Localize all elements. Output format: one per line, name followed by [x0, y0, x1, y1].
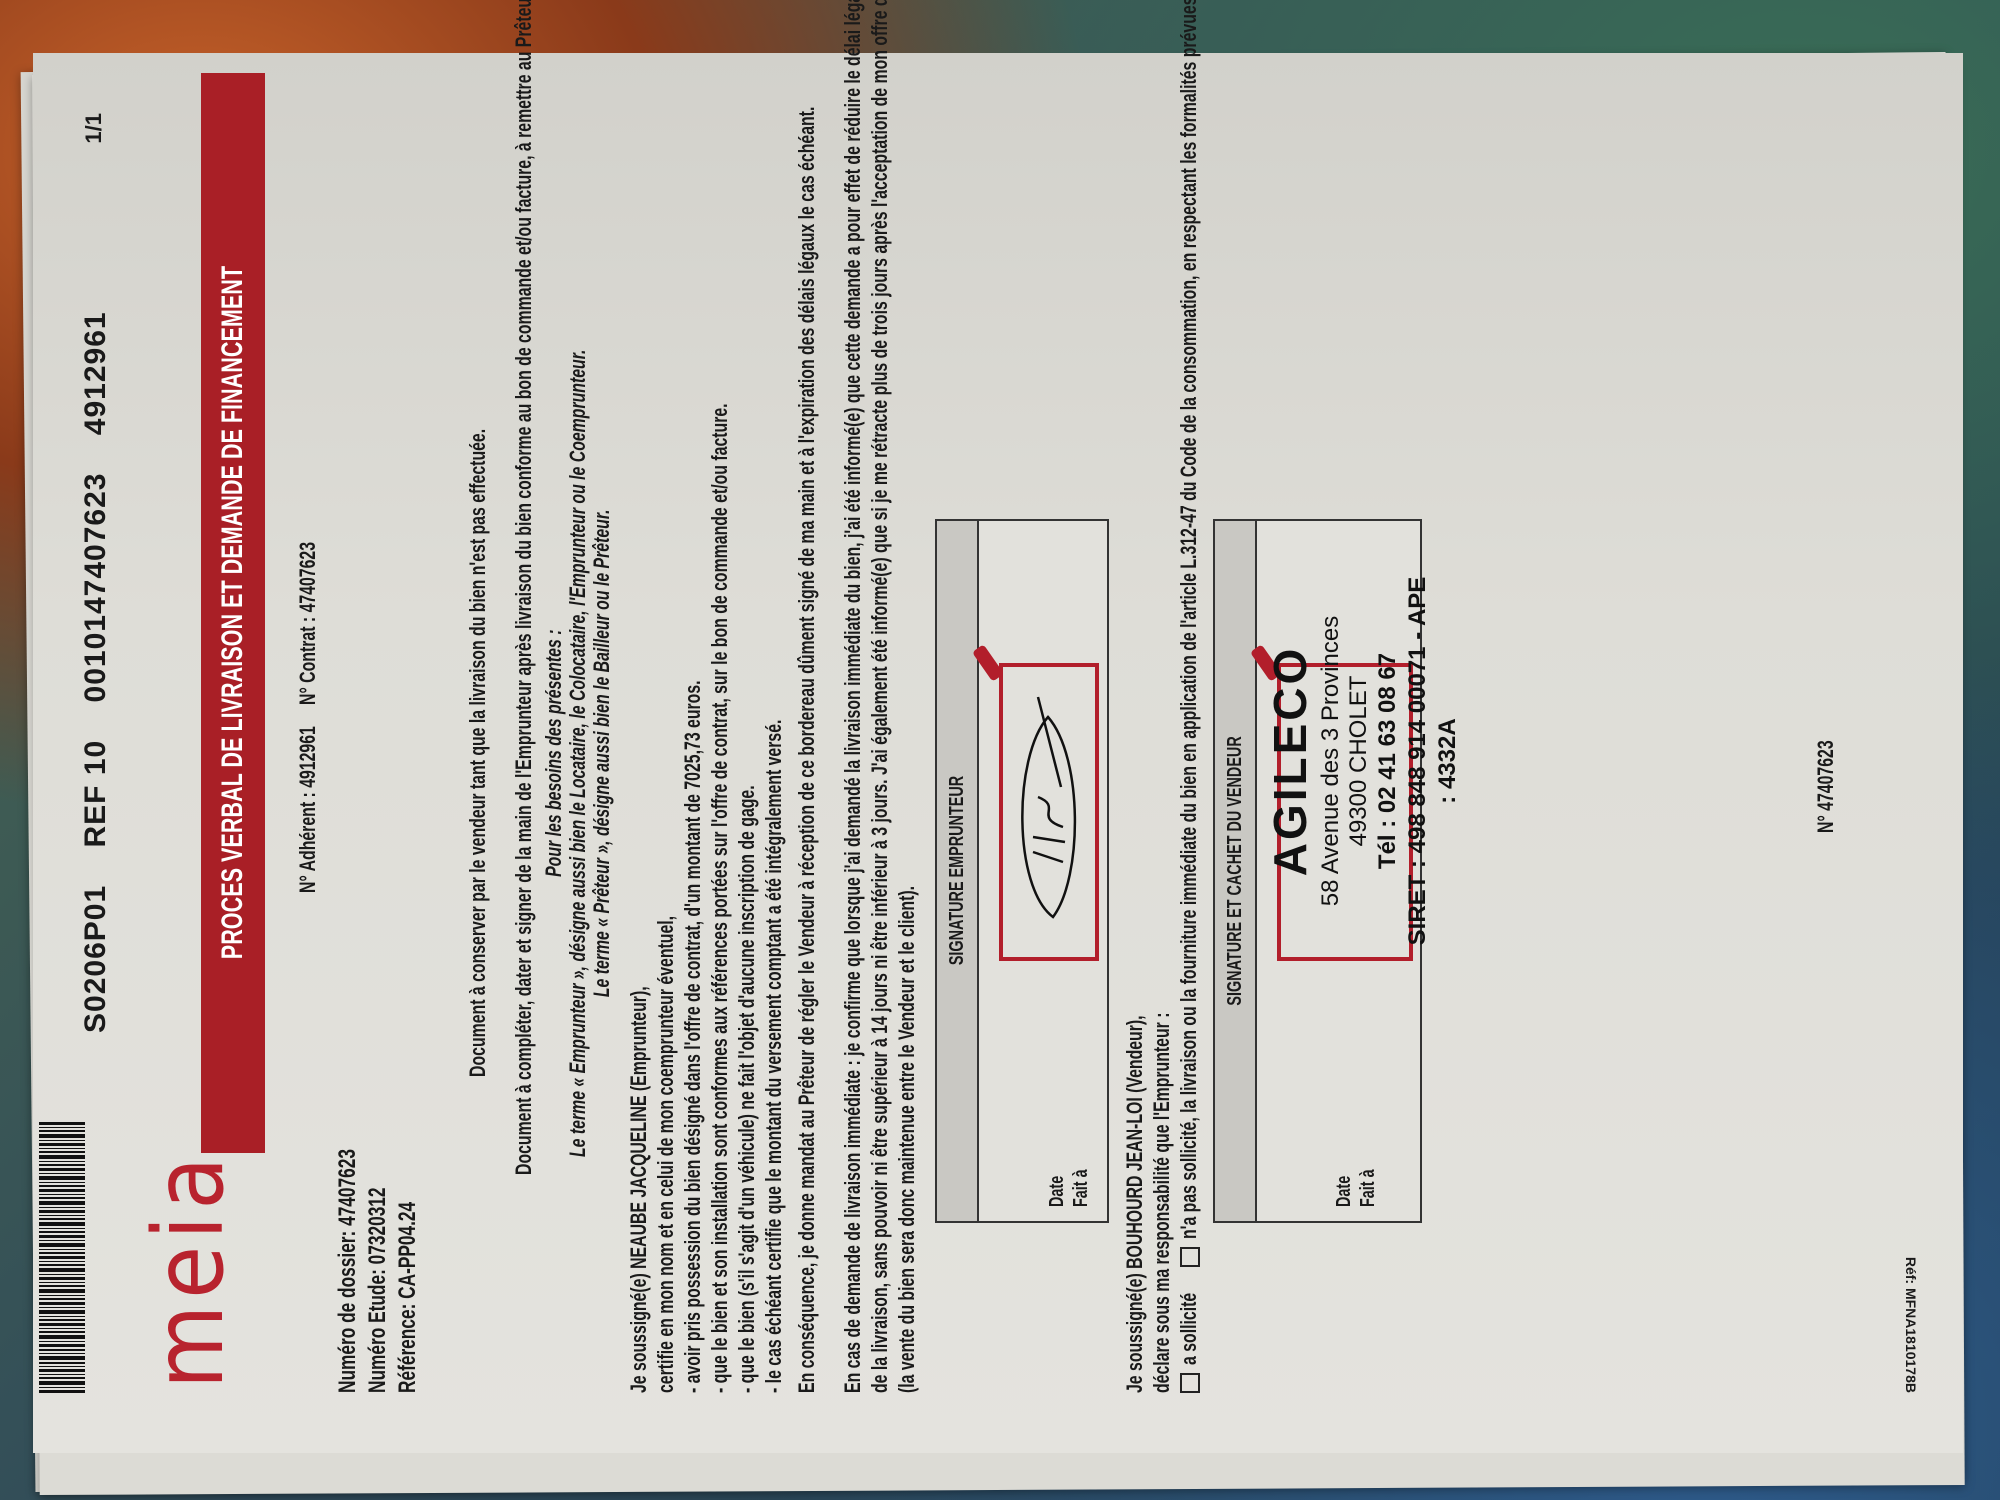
- seller-signature-title: SIGNATURE ET CACHET DU VENDEUR: [1224, 736, 1247, 1005]
- immediate-delivery-line: de la livraison, sans pouvoir ni être su…: [866, 0, 893, 1393]
- seller-signature-header: SIGNATURE ET CACHET DU VENDEUR: [1215, 521, 1257, 1221]
- seller-date-place: Date Fait à: [1332, 1155, 1380, 1207]
- form-reference: Réf: MFNA1810178B: [1903, 1257, 1919, 1393]
- definition-borrower: Le terme « Emprunteur », désigne aussi b…: [565, 349, 591, 1156]
- mandate-text: En conséquence, je donne mandat au Prête…: [793, 107, 820, 1393]
- meia-logo: meia: [133, 1151, 245, 1389]
- stamp-city: 49300 CHOLET: [1345, 571, 1373, 951]
- complete-instruction-line: Document à compléter, dater et signer de…: [511, 53, 537, 1453]
- seller-declaration: Je soussigné(e) BOUHOURD JEAN-LOI (Vende…: [1121, 0, 1202, 1393]
- company-stamp: AGILECO 58 Avenue des 3 Provinces 49300 …: [1263, 571, 1463, 951]
- borrower-date-place: Date Fait à: [1045, 1155, 1093, 1207]
- stamp-phone: Tél : 02 41 63 08 67: [1373, 571, 1403, 951]
- header-codes: S0206P01 REF 10 0010147407623 4912961: [79, 283, 113, 1033]
- declaration-line: - le cas échéant certifie que le montant…: [760, 720, 787, 1393]
- barcode-icon: [39, 1073, 89, 1393]
- immediate-delivery-paragraph: En cas de demande de livraison immédiate…: [839, 0, 920, 1393]
- header-code: REF 10: [79, 740, 112, 848]
- header-code: 0010147407623: [79, 473, 112, 703]
- definition-lender: Le terme « Prêteur », désigne aussi bien…: [589, 509, 615, 997]
- stamp-company: AGILECO: [1263, 571, 1317, 951]
- document-title: PROCES VERBAL DE LIVRAISON ET DEMANDE DE…: [216, 266, 250, 959]
- seller-declaration-line: déclare sous ma responsabilité que l'Emp…: [1148, 1012, 1175, 1393]
- document-page: S0206P01 REF 10 0010147407623 4912961 1/…: [33, 53, 1963, 1453]
- borrower-declaration: Je soussigné(e) NEAUBE JACQUELINE (Empru…: [625, 19, 787, 1393]
- seller-signature-box[interactable]: SIGNATURE ET CACHET DU VENDEUR Date Fait…: [1213, 519, 1422, 1223]
- adherent-number: N° Adhérent : 4912961: [295, 726, 321, 893]
- immediate-delivery-line: En cas de demande de livraison immédiate…: [839, 0, 866, 1393]
- borrower-signature-title: SIGNATURE EMPRUNTEUR: [946, 776, 969, 965]
- etude-number: Numéro Etude: 07320312: [363, 1187, 393, 1393]
- stamp-siret: SIRET : 498 848 914 00071 - APE : 4332A: [1403, 571, 1463, 951]
- footer-number-text: N° 47407623: [1813, 740, 1839, 833]
- stamp-address: 58 Avenue des 3 Provinces: [1317, 571, 1345, 951]
- definition-lender-line: Le terme « Prêteur », désigne aussi bien…: [589, 53, 615, 1453]
- requested-label: a sollicité: [1175, 1300, 1202, 1365]
- borrower-signature-box[interactable]: SIGNATURE EMPRUNTEUR Date Fait à: [935, 519, 1109, 1223]
- declaration-line: - que le bien (s'il s'agit d'un véhicule…: [733, 785, 760, 1393]
- immediate-delivery-line: (la vente du bien sera donc maintenue en…: [893, 886, 920, 1393]
- borrower-signature-field[interactable]: [999, 663, 1099, 961]
- document-title-banner: PROCES VERBAL DE LIVRAISON ET DEMANDE DE…: [201, 73, 265, 1153]
- complete-instruction: Document à compléter, dater et signer de…: [511, 0, 537, 1175]
- handwritten-signature-icon: [1003, 667, 1095, 957]
- definitions-intro-line: Pour les besoins des présentes :: [541, 53, 567, 1453]
- file-metadata: Numéro de dossier: 47407623 Numéro Etude…: [333, 1054, 423, 1393]
- mandate-paragraph: En conséquence, je donne mandat au Prête…: [793, 0, 820, 1393]
- declaration-line: certifie en mon nom et en celui de mon c…: [652, 916, 679, 1393]
- date-label: Date: [1332, 1176, 1356, 1207]
- dossier-number: Numéro de dossier: 47407623: [333, 1149, 363, 1393]
- reference: Référence: CA-PP04.24: [393, 1202, 423, 1393]
- place-label: Fait à: [1356, 1169, 1380, 1207]
- seller-declaration-line: Je soussigné(e) BOUHOURD JEAN-LOI (Vende…: [1121, 1015, 1148, 1393]
- not-requested-checkbox[interactable]: [1180, 1247, 1200, 1267]
- declaration-line: - que le bien et son installation sont c…: [706, 403, 733, 1393]
- keep-instruction-line: Document à conserver par le vendeur tant…: [465, 53, 491, 1453]
- date-label: Date: [1045, 1176, 1069, 1207]
- header-code: S0206P01: [79, 885, 112, 1033]
- keep-instruction: Document à conserver par le vendeur tant…: [465, 429, 491, 1077]
- definition-borrower-line: Le terme « Emprunteur », désigne aussi b…: [565, 53, 591, 1453]
- page-indicator: 1/1: [81, 113, 107, 144]
- contract-number: N° Contrat : 47407623: [295, 542, 321, 705]
- definitions-intro: Pour les besoins des présentes :: [541, 629, 567, 876]
- requested-checkbox[interactable]: [1180, 1373, 1200, 1393]
- place-label: Fait à: [1069, 1169, 1093, 1207]
- header-code: 4912961: [79, 311, 112, 435]
- not-requested-label: n'a pas sollicité, la livraison ou la fo…: [1175, 0, 1202, 1239]
- declaration-line: - avoir pris possession du bien désigné …: [679, 680, 706, 1393]
- contract-ids: N° Adhérent : 4912961 N° Contrat : 47407…: [295, 479, 321, 893]
- borrower-signature-header: SIGNATURE EMPRUNTEUR: [937, 521, 979, 1221]
- declaration-line: Je soussigné(e) NEAUBE JACQUELINE (Empru…: [625, 986, 652, 1393]
- footer-number: N° 47407623: [1813, 704, 1839, 833]
